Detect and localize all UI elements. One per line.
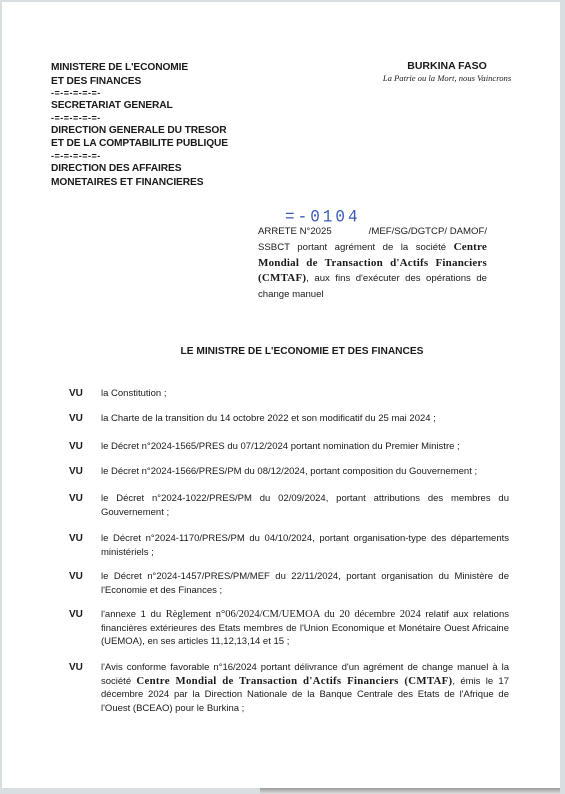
direction-line: DIRECTION DES AFFAIRES — [51, 162, 291, 176]
vu-label: VU — [69, 608, 101, 649]
ministry-line: MINISTERE DE L'ECONOMIE — [51, 61, 291, 75]
ministry-line: ET DES FINANCES — [51, 75, 291, 89]
vu-text: l'Avis conforme favorable n°16/2024 port… — [101, 661, 509, 715]
ministry-header: MINISTERE DE L'ECONOMIE ET DES FINANCES … — [51, 61, 291, 189]
national-motto: La Patrie ou la Mort, nous Vaincrons — [352, 73, 542, 84]
separator: -=-=-=-=-=- — [51, 151, 291, 162]
secretariat-line: SECRETARIAT GENERAL — [51, 99, 291, 113]
subject-text: SSBCT portant agrément de la société — [258, 242, 454, 253]
arrete-path: /MEF/SG/DGTCP/ DAMOF/ — [369, 224, 487, 240]
separator: -=-=-=-=-=- — [51, 88, 291, 99]
vu-item: VUle Décret n°2024-1022/PRES/PM du 02/09… — [69, 492, 509, 519]
vu-label: VU — [69, 465, 101, 479]
arrete-subject: SSBCT portant agrément de la société Cen… — [258, 240, 487, 303]
country-name: BURKINA FASO — [352, 60, 542, 73]
vu-text: le Décret n°2024-1566/PRES/PM du 08/12/2… — [101, 465, 509, 479]
vu-label: VU — [69, 492, 101, 519]
vu-label: VU — [69, 440, 101, 454]
vu-label: VU — [69, 570, 101, 597]
direction-line: ET DE LA COMPTABILITE PUBLIQUE — [51, 137, 291, 151]
vu-label: VU — [69, 661, 101, 715]
vu-label: VU — [69, 387, 101, 401]
vu-label: VU — [69, 412, 101, 426]
vu-text: l'annexe 1 du Règlement n°06/2024/CM/UEM… — [101, 608, 509, 649]
arrete-reference: ARRETE N°2025 /MEF/SG/DGTCP/ DAMOF/ — [258, 224, 487, 240]
vu-text: la Charte de la transition du 14 octobre… — [101, 412, 509, 426]
page-edge-shadow — [260, 788, 560, 794]
vu-text: le Décret n°2024-1170/PRES/PM du 04/10/2… — [101, 532, 509, 559]
vu-item: VUle Décret n°2024-1457/PRES/PM/MEF du 2… — [69, 570, 509, 597]
separator: -=-=-=-=-=- — [51, 113, 291, 124]
vu-text: la Constitution ; — [101, 387, 509, 401]
direction-line: DIRECTION GENERALE DU TRESOR — [51, 124, 291, 138]
vu-text: le Décret n°2024-1457/PRES/PM/MEF du 22/… — [101, 570, 509, 597]
document-title: LE MINISTRE DE L'ECONOMIE ET DES FINANCE… — [2, 346, 565, 357]
vu-item: VUla Charte de la transition du 14 octob… — [69, 412, 509, 426]
arrete-number: ARRETE N°2025 — [258, 224, 332, 240]
company-name: Centre Mondial de Transaction d'Actifs F… — [136, 675, 452, 687]
regulation-reference: Règlement n°06/2024/CM/UEMOA du 20 décem… — [166, 609, 421, 620]
vu-item: VUl'Avis conforme favorable n°16/2024 po… — [69, 661, 509, 715]
vu-text: le Décret n°2024-1022/PRES/PM du 02/09/2… — [101, 492, 509, 519]
vu-item: VUle Décret n°2024-1566/PRES/PM du 08/12… — [69, 465, 509, 479]
country-header: BURKINA FASO La Patrie ou la Mort, nous … — [352, 60, 542, 84]
vu-label: VU — [69, 532, 101, 559]
vu-text: le Décret n°2024-1565/PRES du 07/12/2024… — [101, 440, 509, 454]
arrete-block: ARRETE N°2025 /MEF/SG/DGTCP/ DAMOF/ SSBC… — [258, 224, 487, 303]
vu-item: VUle Décret n°2024-1565/PRES du 07/12/20… — [69, 440, 509, 454]
document-page: MINISTERE DE L'ECONOMIE ET DES FINANCES … — [2, 2, 560, 788]
direction-line: MONETAIRES ET FINANCIERES — [51, 176, 291, 190]
vu-item: VUl'annexe 1 du Règlement n°06/2024/CM/U… — [69, 608, 509, 649]
vu-item: VUle Décret n°2024-1170/PRES/PM du 04/10… — [69, 532, 509, 559]
vu-item: VUla Constitution ; — [69, 387, 509, 401]
